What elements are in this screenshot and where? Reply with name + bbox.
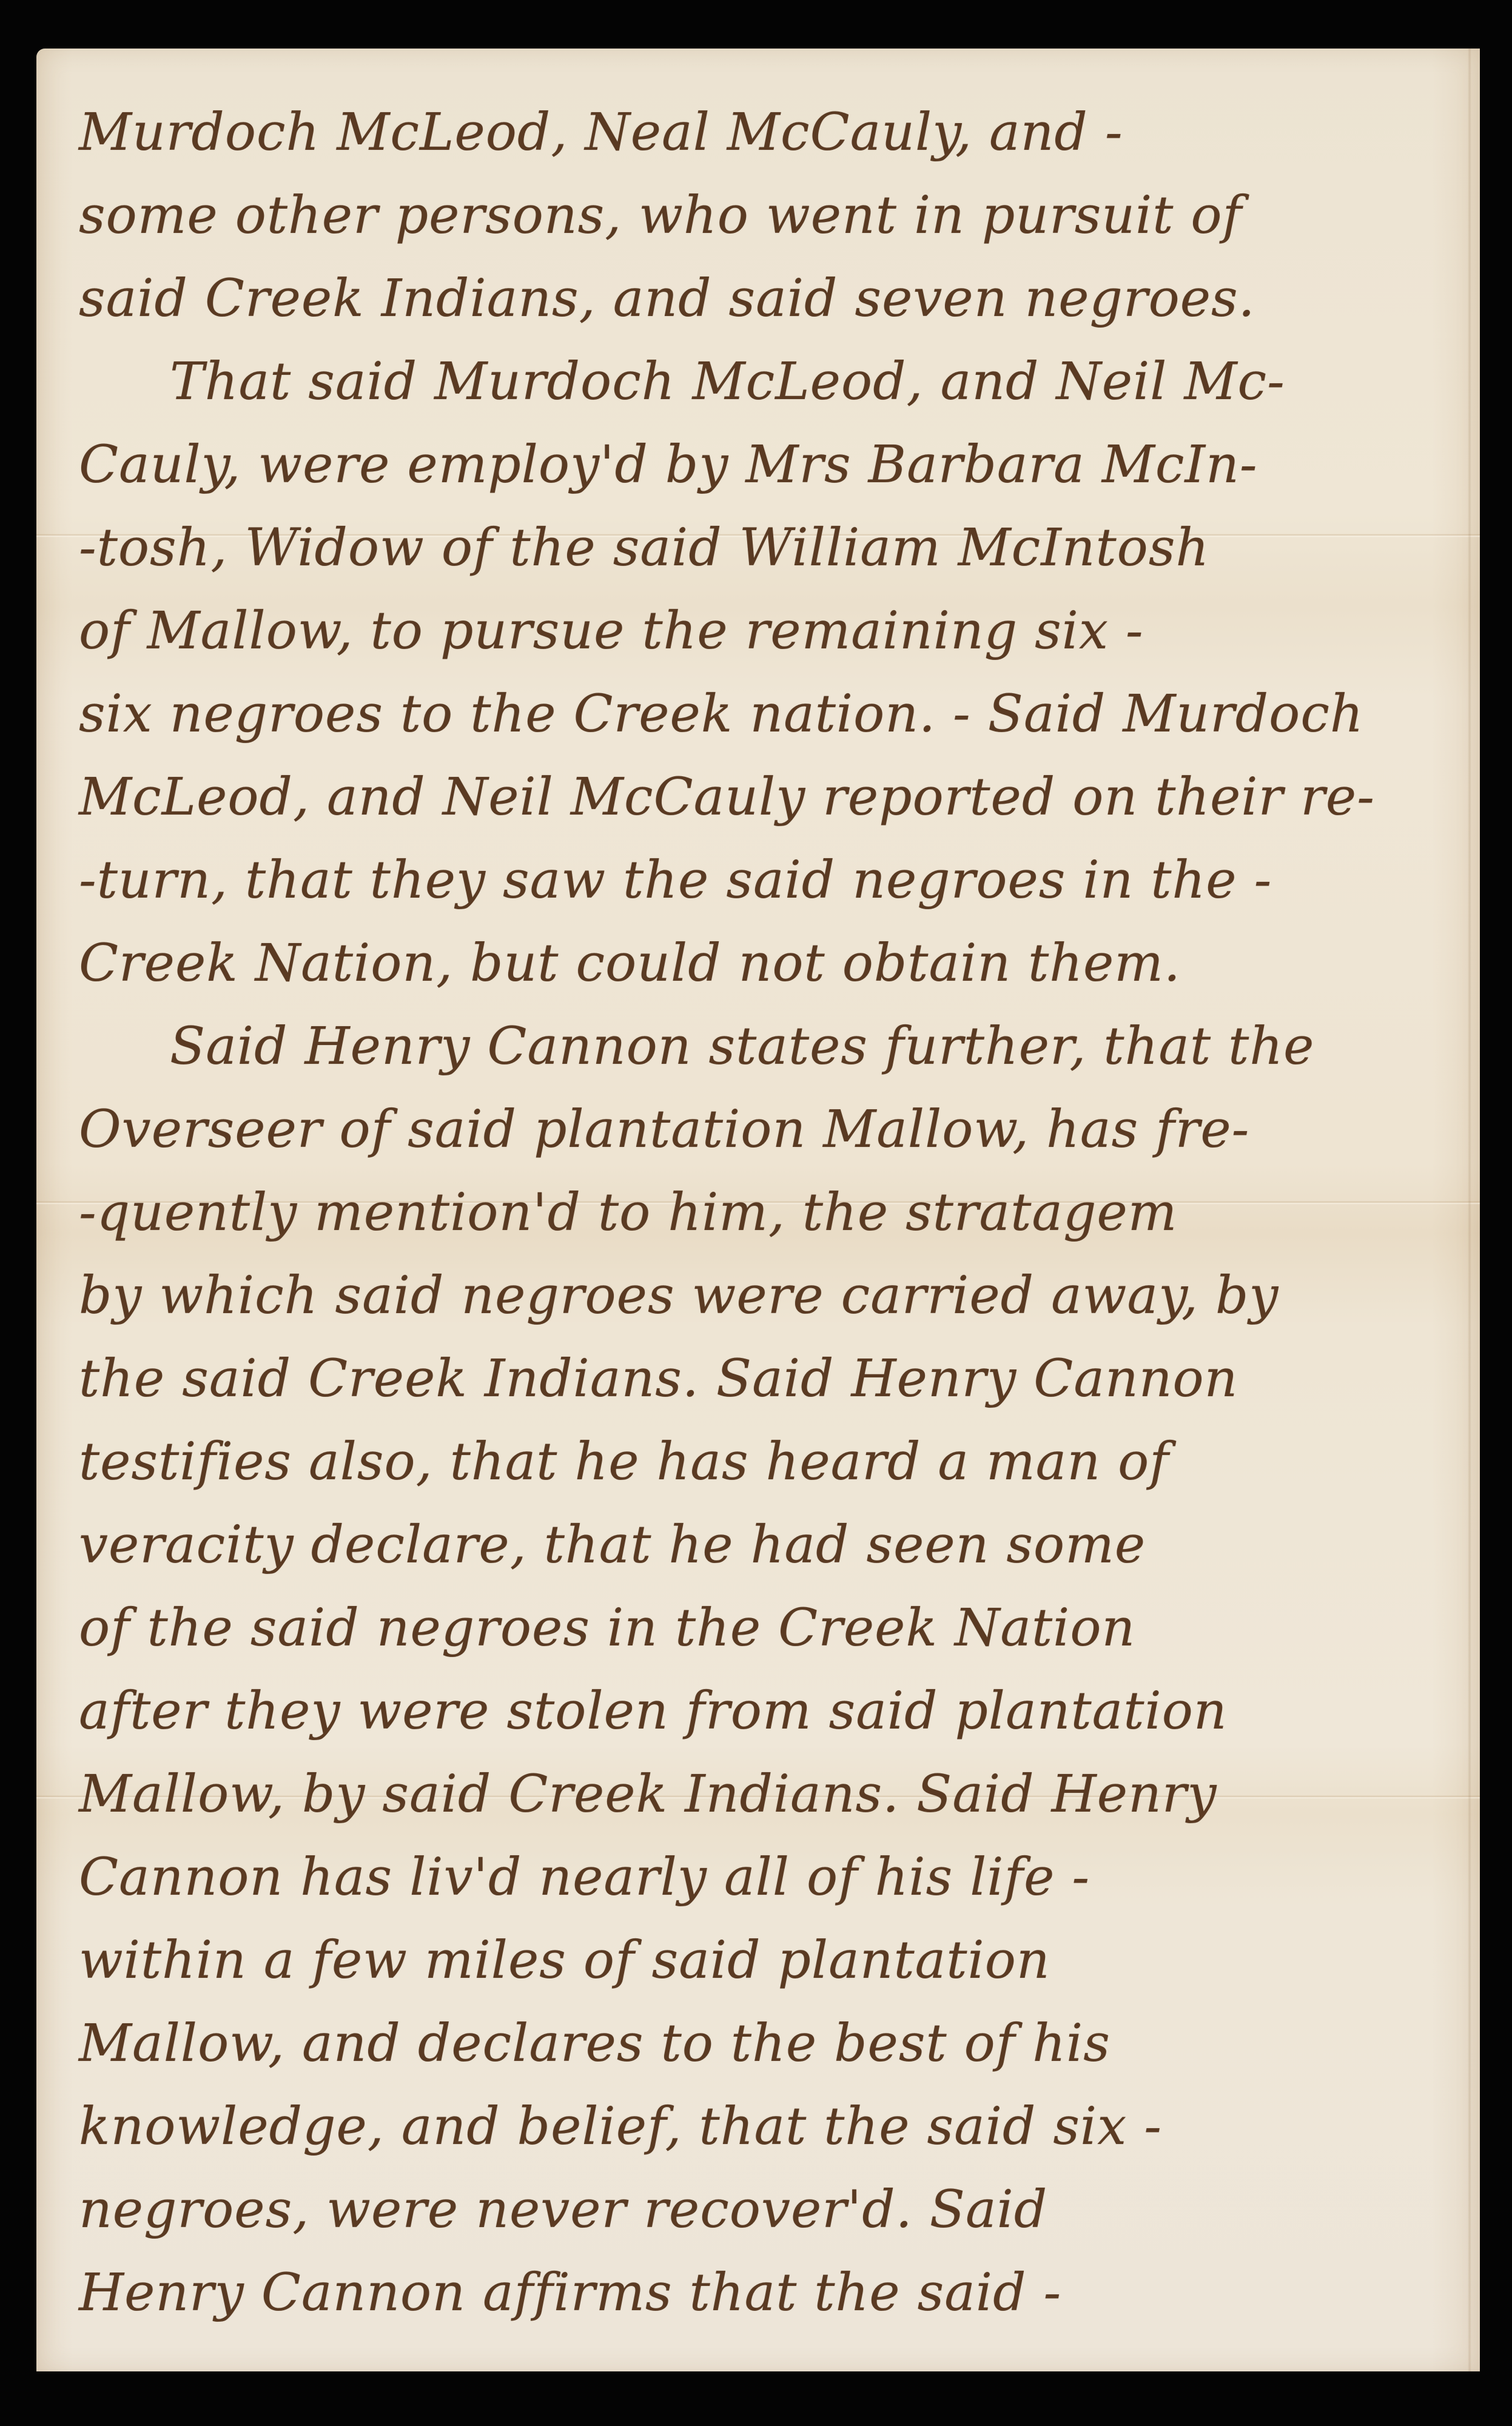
text-line: by which said negroes were carried away,… [79, 1254, 1474, 1337]
text-line: of Mallow, to pursue the remaining six - [79, 590, 1474, 673]
text-line: Mallow, by said Creek Indians. Said Henr… [79, 1753, 1474, 1836]
text-line: McLeod, and Neil McCauly reported on the… [79, 756, 1474, 839]
text-line: -tosh, Widow of the said William McIntos… [79, 506, 1474, 590]
text-line: -turn, that they saw the said negroes in… [79, 839, 1474, 922]
text-line: of the said negroes in the Creek Nation [79, 1587, 1474, 1670]
text-line: veracity declare, that he had seen some [79, 1504, 1474, 1587]
text-line: Said Henry Cannon states further, that t… [79, 1005, 1474, 1088]
text-line: some other persons, who went in pursuit … [79, 174, 1474, 257]
text-line: the said Creek Indians. Said Henry Canno… [79, 1337, 1474, 1420]
manuscript-page: Murdoch McLeod, Neal McCauly, and - some… [36, 49, 1480, 2371]
text-line: -quently mention'd to him, the stratagem [79, 1171, 1474, 1254]
text-line: said Creek Indians, and said seven negro… [79, 257, 1474, 340]
text-line: Henry Cannon affirms that the said - [79, 2251, 1474, 2334]
text-line: after they were stolen from said plantat… [79, 1670, 1474, 1753]
text-line: Overseer of said plantation Mallow, has … [79, 1088, 1474, 1171]
text-line: knowledge, and belief, that the said six… [79, 2085, 1474, 2168]
text-line: Mallow, and declares to the best of his [79, 2002, 1474, 2085]
handwritten-text: Murdoch McLeod, Neal McCauly, and - some… [79, 91, 1474, 2334]
text-line: negroes, were never recover'd. Said [79, 2168, 1474, 2251]
text-line: Murdoch McLeod, Neal McCauly, and - [79, 91, 1474, 174]
text-line: Cannon has liv'd nearly all of his life … [79, 1836, 1474, 1919]
text-line: That said Murdoch McLeod, and Neil Mc- [79, 340, 1474, 423]
text-line: testifies also, that he has heard a man … [79, 1420, 1474, 1504]
text-line: Cauly, were employ'd by Mrs Barbara McIn… [79, 423, 1474, 506]
text-line: Creek Nation, but could not obtain them. [79, 922, 1474, 1005]
text-line: within a few miles of said plantation [79, 1919, 1474, 2002]
text-line: six negroes to the Creek nation. - Said … [79, 673, 1474, 756]
